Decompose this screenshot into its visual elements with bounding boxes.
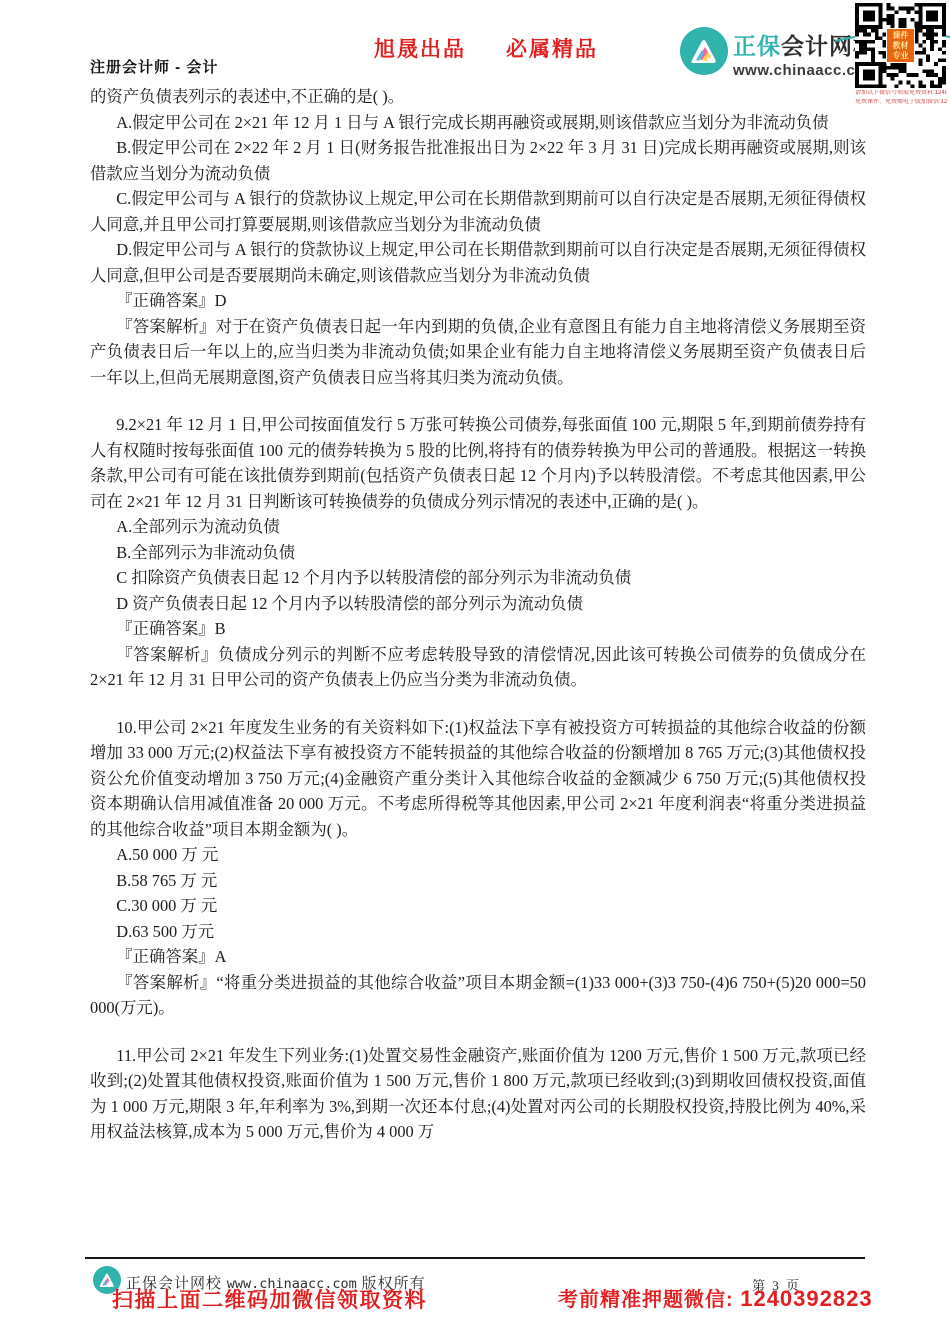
paragraph: 『正确答案』B <box>90 616 866 642</box>
qr-badge-line: 课件 <box>893 31 909 41</box>
paragraph: 『答案解析』对于在资产负债表日起一年内到期的负债,企业有意图且有能力自主地将清偿… <box>90 314 866 391</box>
paragraph: C.假定甲公司与 A 银行的贷款协议上规定,甲公司在长期借款到期前可以自行决定是… <box>90 186 866 237</box>
brand-name-primary: 正保 <box>733 33 781 59</box>
paragraph: B.58 765 万 元 <box>90 868 866 894</box>
paragraph: C 扣除资产负债表日起 12 个月内予以转股清偿的部分列示为非流动负债 <box>90 565 866 591</box>
paragraph: A.全部列示为流动负债 <box>90 514 866 540</box>
course-label: 注册会计师 - 会计 <box>90 56 218 77</box>
qr-block: 课件 教材 专业 请加以下微信号领取免费资料:1240392823 免费课件、免… <box>855 3 947 106</box>
paragraph: 9.2×21 年 12 月 1 日,甲公司按面值发行 5 万张可转换公司债券,每… <box>90 412 866 514</box>
paragraph: B.假定甲公司在 2×22 年 2 月 1 日(财务报告批准报出日为 2×22 … <box>90 135 866 186</box>
paragraph: 的资产负债表列示的表述中,不正确的是( )。 <box>90 84 866 110</box>
qr-caption-line2: 免费课件、免费赠电子版加微信:1240392823 <box>855 99 947 106</box>
paragraph: B.全部列示为非流动负债 <box>90 540 866 566</box>
document-body: 的资产负债表列示的表述中,不正确的是( )。A.假定甲公司在 2×21 年 12… <box>90 84 866 1145</box>
footer-divider <box>85 1257 865 1259</box>
slogan-right: 必属精品 <box>506 37 598 61</box>
qr-center-badge: 课件 教材 专业 <box>887 29 914 62</box>
paragraph: D 资产负债表日起 12 个月内予以转股清偿的部分列示为流动负债 <box>90 591 866 617</box>
qr-badge-line: 教材 <box>893 41 909 51</box>
slogan-left: 旭晟出品 <box>374 37 466 61</box>
wechat-number: 1240392823 <box>740 1286 872 1311</box>
wechat-stamp-label: 考前精准押题微信: <box>558 1289 740 1311</box>
paragraph: D.63 500 万元 <box>90 919 866 945</box>
footer-stamp-scan-qr: 扫描上面二维码加微信领取资料 <box>112 1284 427 1314</box>
paragraph: D.假定甲公司与 A 银行的贷款协议上规定,甲公司在长期借款到期前可以自行决定是… <box>90 237 866 288</box>
paragraph: 『答案解析』“将重分类进损益的其他综合收益”项目本期金额=(1)33 000+(… <box>90 970 866 1021</box>
footer-stamp-wechat: 考前精准押题微信: 1240392823 <box>558 1283 873 1312</box>
paragraph: 『正确答案』A <box>90 944 866 970</box>
qr-code-icon: 课件 教材 专业 <box>855 3 946 88</box>
paragraph: A.假定甲公司在 2×21 年 12 月 1 日与 A 银行完成长期再融资或展期… <box>90 110 866 136</box>
paragraph: A.50 000 万 元 <box>90 842 866 868</box>
qr-badge-line: 专业 <box>893 51 909 61</box>
paragraph: 『正确答案』D <box>90 288 866 314</box>
document-page: 旭晟出品必属精品 注册会计师 - 会计 正保会计网校 www.chinaacc.… <box>0 0 950 1344</box>
qr-caption-line1: 请加以下微信号领取免费资料:1240392823 <box>855 90 947 97</box>
paragraph: 11.甲公司 2×21 年发生下列业务:(1)处置交易性金融资产,账面价值为 1… <box>90 1043 866 1145</box>
paragraph: 『答案解析』负债成分列示的判断不应考虑转股导致的清偿情况,因此该可转换公司债券的… <box>90 642 866 693</box>
header-slogan: 旭晟出品必属精品 <box>374 33 598 63</box>
brand-circle-icon <box>680 27 728 75</box>
paragraph: 10.甲公司 2×21 年度发生业务的有关资料如下:(1)权益法下享有被投资方可… <box>90 715 866 843</box>
paragraph: C.30 000 万 元 <box>90 893 866 919</box>
